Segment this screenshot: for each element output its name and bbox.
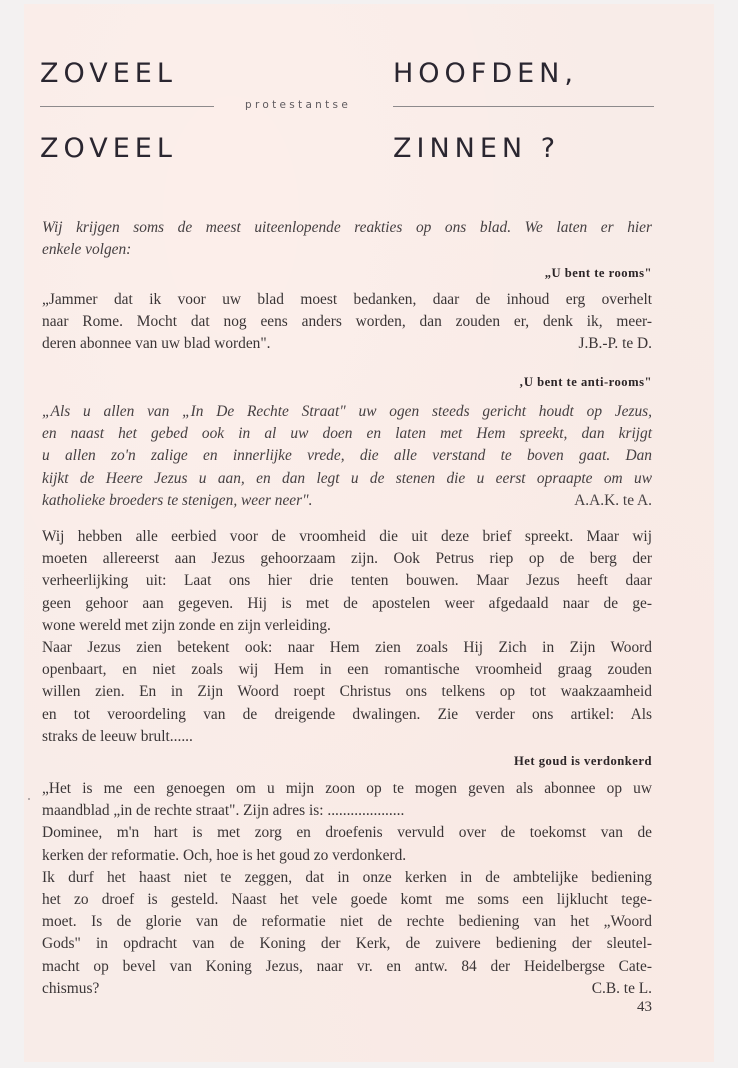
text-line: geen gehoor aan gegeven. Hij is met de a… <box>42 593 652 615</box>
text-line: macht op bevel van Koning Jezus, naar vr… <box>42 956 652 978</box>
text-line: en tot veroordeling van de dreigende dwa… <box>42 704 652 726</box>
letter-paragraph: „Het is me een genoegen om u mijn zoon o… <box>42 778 652 1000</box>
title-row1-left: ZOVEEL <box>40 60 177 87</box>
intro-paragraph: Wij krijgen soms de meest uiteenlopende … <box>42 217 652 261</box>
intro-line: enkele volgen: <box>42 239 652 261</box>
text-line-with-signature: deren abonnee van uw blad worden". J.B.-… <box>42 333 652 355</box>
section-heading: „U bent te rooms" <box>545 266 652 281</box>
text-line: straks de leeuw brult...... <box>42 726 652 748</box>
text-line: chismus? <box>42 978 99 1000</box>
letter-paragraph: „Als u allen van „In De Rechte Straat" u… <box>42 401 652 512</box>
text-line-with-signature: katholieke broeders te stenigen, weer ne… <box>42 490 652 512</box>
text-line: katholieke broeders te stenigen, weer ne… <box>42 490 312 512</box>
text-line-with-signature: chismus? C.B. te L. <box>42 978 652 1000</box>
text-line: en naast het gebed ook in al uw doen en … <box>42 423 652 445</box>
text-line: kijkt de Heere Jezus u aan, en dan legt … <box>42 468 652 490</box>
page-number: 43 <box>637 999 652 1016</box>
signature: A.A.K. te A. <box>574 490 652 512</box>
title-subtitle: protestantse <box>245 100 351 111</box>
text-line: „Het is me een genoegen om u mijn zoon o… <box>42 778 652 800</box>
signature: C.B. te L. <box>592 978 652 1000</box>
letter-paragraph: „Jammer dat ik voor uw blad moest bedank… <box>42 289 652 356</box>
text-line: verheerlijking uit: Laat ons hier drie t… <box>42 570 652 592</box>
text-line: Gods" in opdracht van de Koning der Kerk… <box>42 933 652 955</box>
text-line: openbaart, en niet zoals wij Hem in een … <box>42 659 652 681</box>
text-line: u allen zo'n zalige en innerlijke vrede,… <box>42 445 652 467</box>
text-line: „Jammer dat ik voor uw blad moest bedank… <box>42 289 652 311</box>
text-line: het zo droef is gesteld. Naast het vele … <box>42 889 652 911</box>
text-line: naar Rome. Mocht dat nog eens anders wor… <box>42 311 652 333</box>
text-line: Ik durf het haast niet te zeggen, dat in… <box>42 867 652 889</box>
text-line: Naar Jezus zien betekent ook: naar Hem z… <box>42 637 652 659</box>
text-line: maandblad „in de rechte straat". Zijn ad… <box>42 800 652 822</box>
section-heading: ‚U bent te anti-rooms" <box>519 375 652 390</box>
text-line: kerken der reformatie. Och, hoe is het g… <box>42 845 652 867</box>
title-rule-left <box>40 106 214 107</box>
text-line: willen zien. En in Zijn Woord roept Chri… <box>42 681 652 703</box>
text-line: moeten allereerst aan Jezus gehoorzaam z… <box>42 548 652 570</box>
title-row1-right: HOOFDEN, <box>393 60 578 87</box>
signature: J.B.-P. te D. <box>578 333 652 355</box>
text-line: Dominee, m'n hart is met zorg en droefen… <box>42 822 652 844</box>
title-row2-right: ZINNEN ? <box>393 135 560 162</box>
text-line: moet. Is de glorie van de reformatie nie… <box>42 911 652 933</box>
title-row2-left: ZOVEEL <box>40 135 177 162</box>
text-line: „Als u allen van „In De Rechte Straat" u… <box>42 401 652 423</box>
title-rule-right <box>393 106 654 107</box>
text-line: wone wereld met zijn zonde en zijn verle… <box>42 615 652 637</box>
document-page: ZOVEEL HOOFDEN, protestantse ZOVEEL ZINN… <box>24 4 714 1062</box>
text-line: deren abonnee van uw blad worden". <box>42 333 271 355</box>
editorial-reply: Wij hebben alle eerbied voor de vroomhei… <box>42 526 652 748</box>
text-line: Wij hebben alle eerbied voor de vroomhei… <box>42 526 652 548</box>
paper-speck <box>28 798 30 800</box>
section-heading: Het goud is verdonkerd <box>514 754 652 769</box>
intro-line: Wij krijgen soms de meest uiteenlopende … <box>42 217 652 239</box>
